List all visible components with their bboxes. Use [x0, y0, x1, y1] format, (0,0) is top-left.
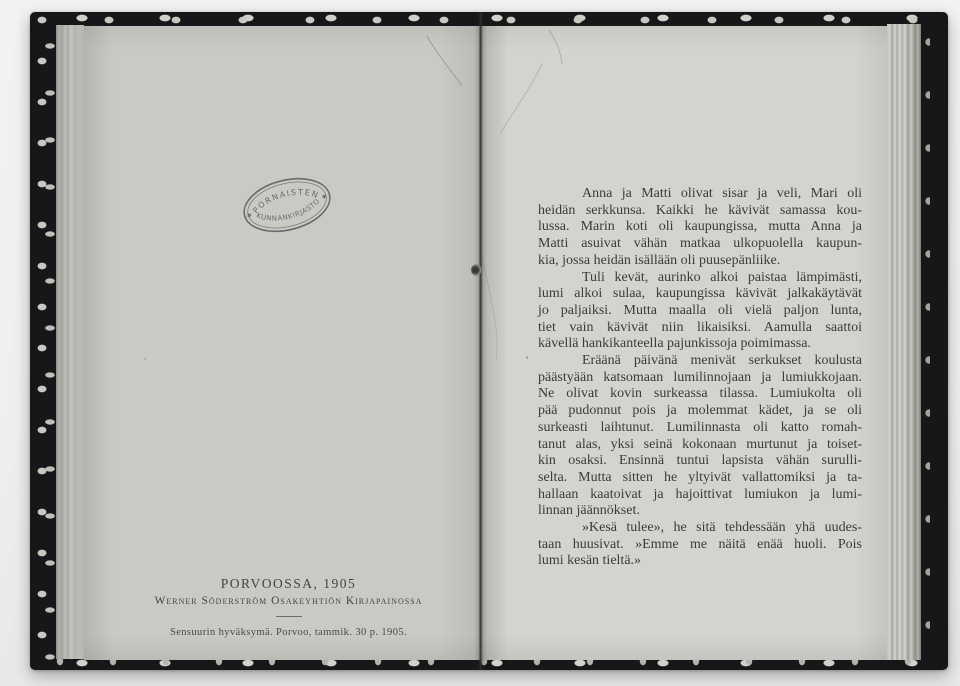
text-line: linnan jäännökset.: [538, 503, 862, 520]
text-line: kin osaksi. Ensinnä tuntui lapsista vähä…: [538, 453, 862, 470]
text-line: pää pudonnut pois ja molemmat kädet, ja …: [538, 403, 862, 420]
paper-speck: [144, 358, 146, 360]
stamp-outer-ring: [239, 170, 336, 239]
page-edges-right: [887, 24, 921, 660]
text-line: taan huusivat. »Emme me näitä enää huoli…: [538, 537, 862, 554]
text-line: tanut alas, yksi seinä kokonaan murtunut…: [538, 437, 862, 454]
right-page: Anna ja Matti olivat sisar ja veli, Mari…: [480, 26, 887, 660]
text-line: Anna ja Matti olivat sisar ja veli, Mari…: [538, 186, 862, 203]
imprint-city-year: PORVOOSSA, 1905: [84, 576, 493, 592]
text-line: lumi kesän tieltä.»: [538, 553, 862, 570]
text-line: Matti asuivat vähän matkaa ulkopuolella …: [538, 236, 862, 253]
text-line: selta. Mutta sitten he yltyivät vallatto…: [538, 470, 862, 487]
text-line: kävellä hankikanteella pajunkissoja poim…: [538, 336, 862, 353]
text-line: lussa. Marin koti oli kaupungissa, mutta…: [538, 219, 862, 236]
stamp-left-star-icon: ✱: [246, 212, 253, 220]
imprint-divider: [276, 616, 302, 617]
paper-speck: [526, 356, 528, 359]
text-line: Tuli kevät, aurinko alkoi paistaa lämpim…: [538, 270, 862, 287]
text-line: jo paljaiksi. Mutta maalla oli vielä pal…: [538, 303, 862, 320]
text-line: tiet vain kävivät niin likaisiksi. Aamul…: [538, 320, 862, 337]
text-line: surkeasti laihtunut. Lumilinnasta oli ka…: [538, 420, 862, 437]
page-edges-left: [56, 25, 84, 659]
imprint-printer: Werner Söderström Osakeyhtiön Kirjapaino…: [84, 595, 493, 607]
library-stamp: PORNAISTEN KUNNANKIRJASTO ✱ ✱: [229, 157, 346, 253]
book: PORNAISTEN KUNNANKIRJASTO ✱ ✱ PORVOOSSA,…: [30, 12, 948, 670]
text-line: Ne olivat kovin surkeassa tilassa. Lumiu…: [538, 386, 862, 403]
left-page: PORNAISTEN KUNNANKIRJASTO ✱ ✱ PORVOOSSA,…: [84, 26, 507, 660]
text-line: kia, jossa heidän isällään oli puusepänl…: [538, 253, 862, 270]
page-text: Anna ja Matti olivat sisar ja veli, Mari…: [538, 186, 862, 570]
stamp-right-star-icon: ✱: [321, 193, 328, 201]
text-line: päästyään katsomaan lumilinnojaan ja lum…: [538, 370, 862, 387]
imprint-block: PORVOOSSA, 1905 Werner Söderström Osakey…: [84, 576, 493, 617]
text-line: lumi alkoi sulaa, kaupungissa kävivät ja…: [538, 286, 862, 303]
censor-note: Sensuurin hyväksymä. Porvoo, tammik. 30 …: [84, 627, 493, 638]
text-line: hallaan kaatoivat ja hajoittivat lumiuko…: [538, 487, 862, 504]
page-gutter: [474, 12, 487, 670]
text-line: heidän serkkunsa. Kaikki he kävivät sama…: [538, 203, 862, 220]
text-line: Eräänä päivänä menivät serkukset koulust…: [538, 353, 862, 370]
text-line: »Kesä tulee», he sitä tehdessään yhä uud…: [538, 520, 862, 537]
ink-spot: [471, 264, 482, 276]
